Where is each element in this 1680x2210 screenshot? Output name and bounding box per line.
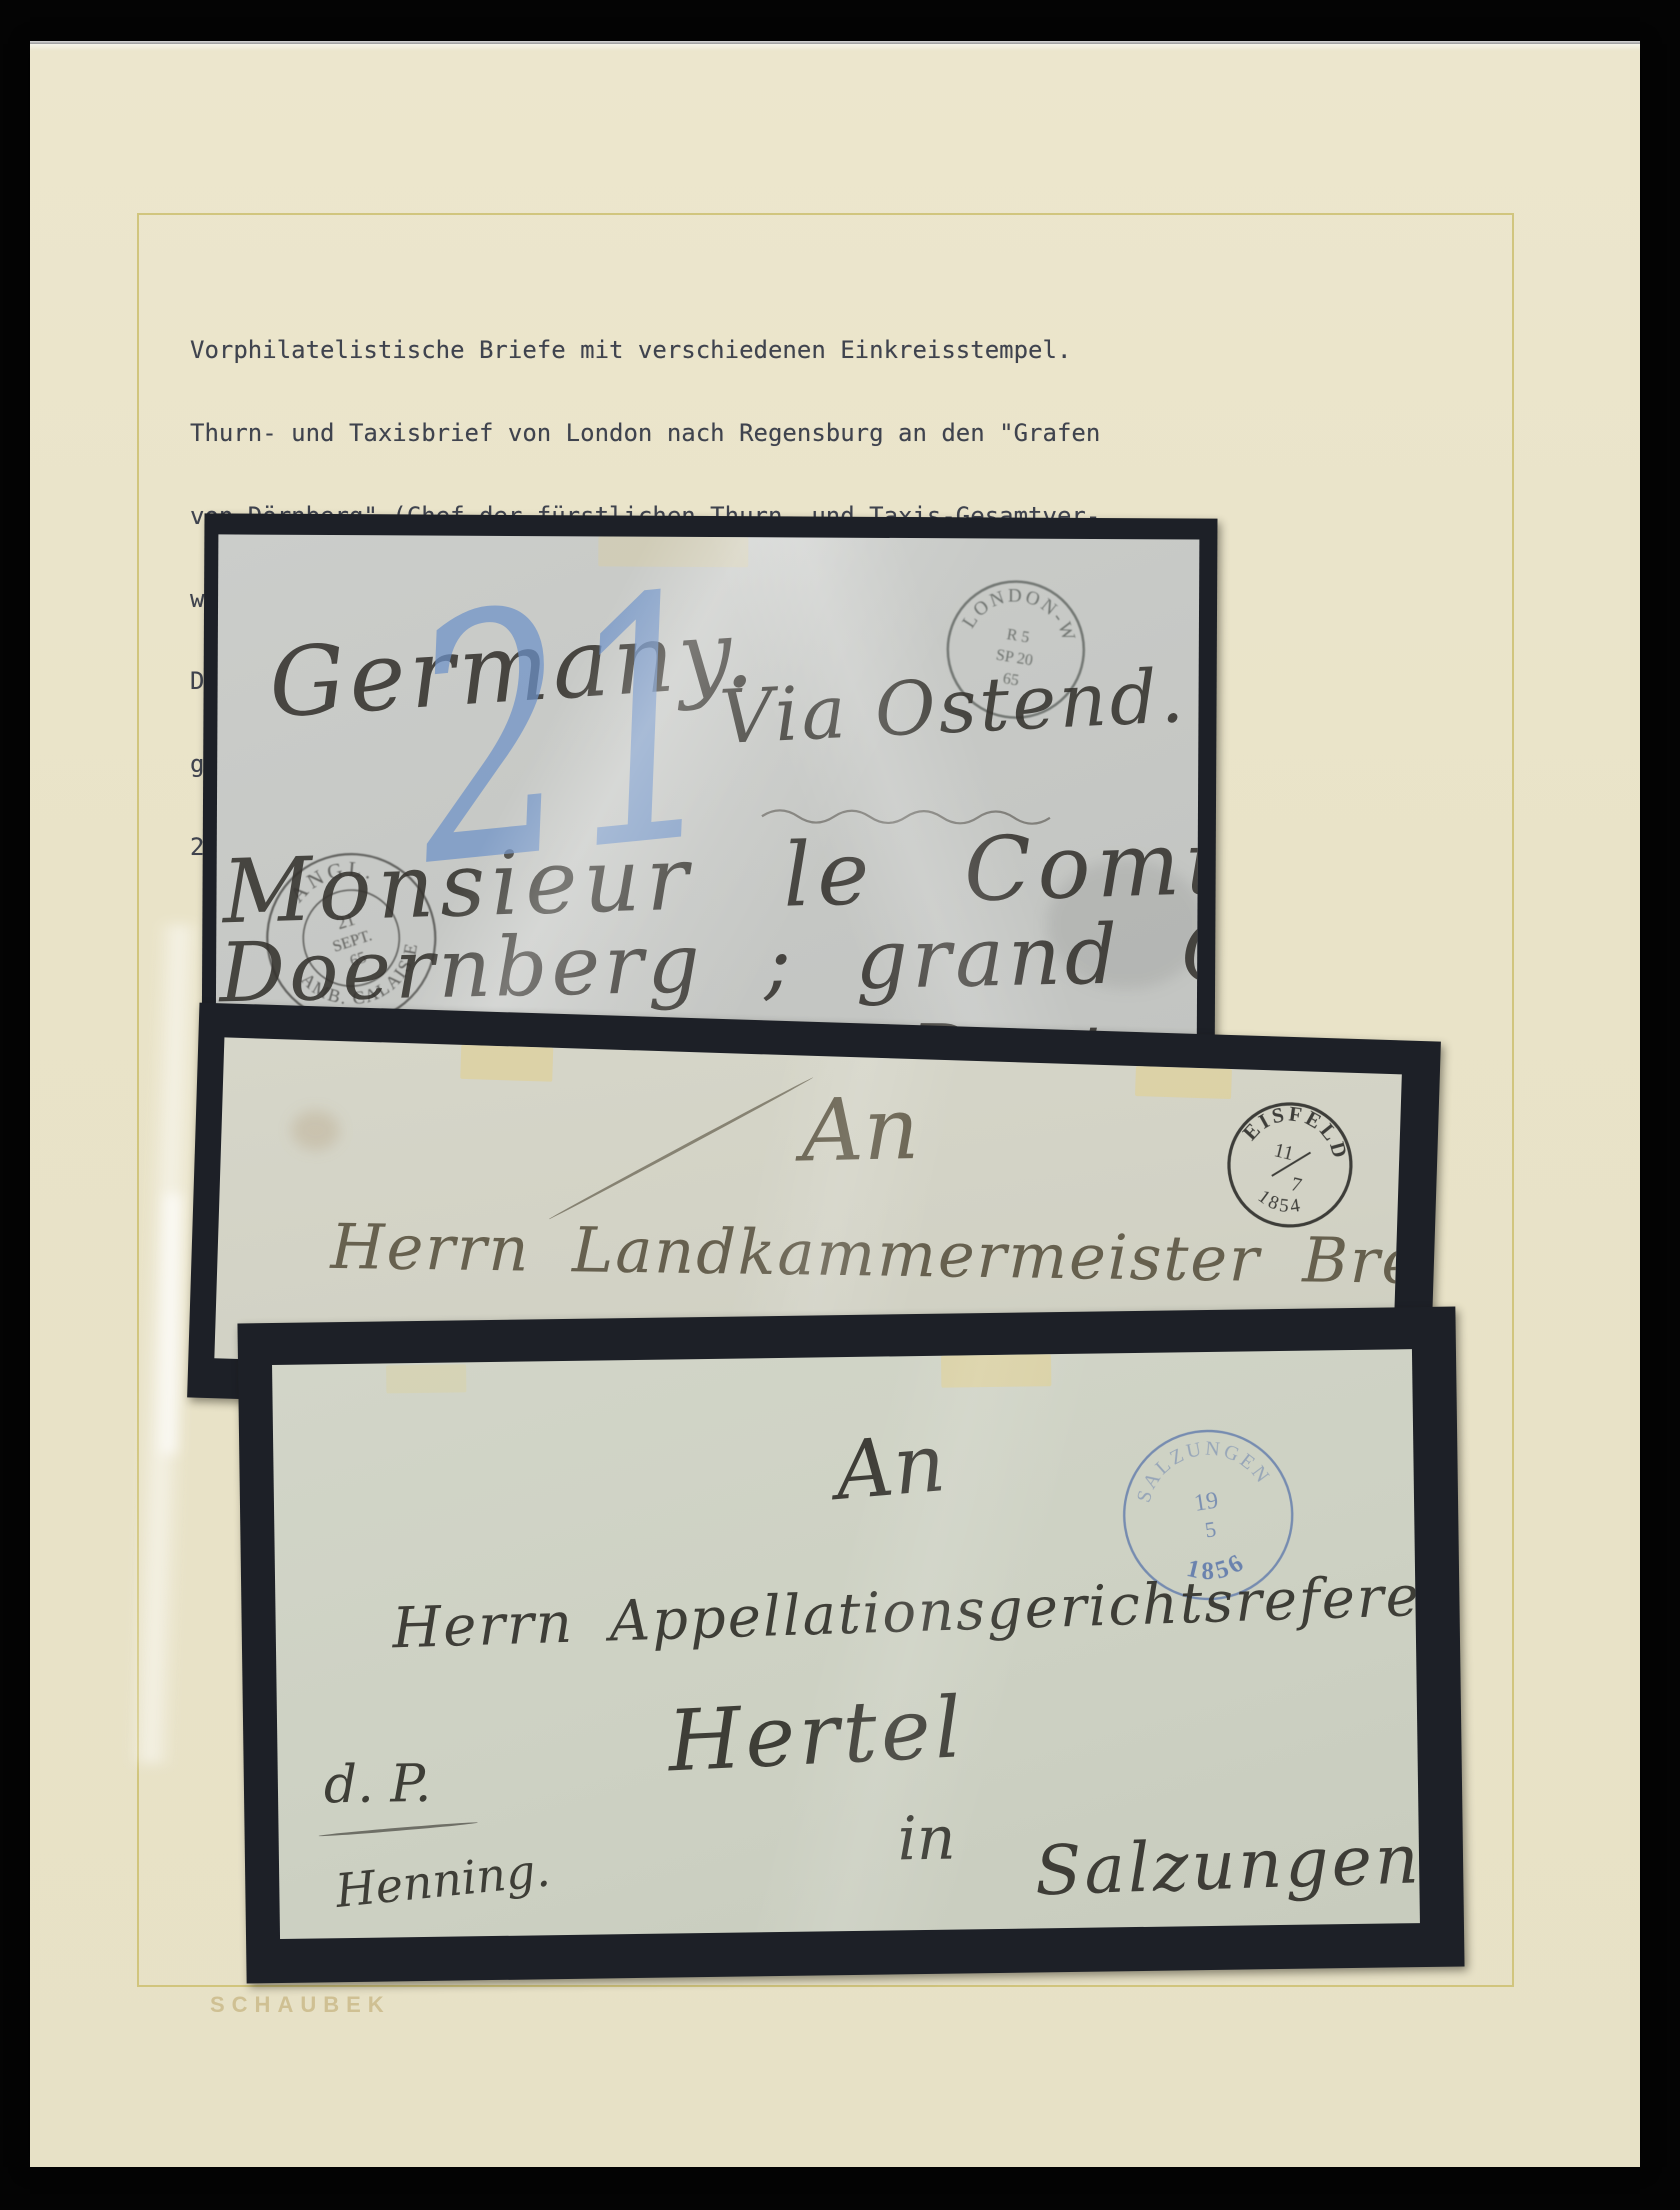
blue-cds-day: 19	[1192, 1487, 1220, 1516]
blue-cds-month: 5	[1203, 1516, 1218, 1542]
svg-text:1854: 1854	[1252, 1184, 1309, 1222]
album-brand-watermark: SCHAUBEK	[210, 1992, 391, 2018]
eisfeld-cds-year: 1854	[1252, 1184, 1309, 1222]
eisfeld-cds-arc-text: EISFELD	[1235, 1089, 1363, 1168]
cover1-paper: LONDON-W R 5 SP 20 65	[216, 534, 1200, 1069]
hw-salutation: An	[832, 1416, 949, 1518]
svg-text:EISFELD: EISFELD	[1235, 1089, 1363, 1168]
typed-line-1: Vorphilatelistische Briefe mit verschied…	[190, 337, 1129, 365]
salutation-flourish-stroke	[548, 1076, 814, 1220]
hw-addressee-line3: in	[897, 1804, 956, 1875]
hw-addressee-line2: Hertel	[666, 1678, 968, 1790]
london-cds-line1: R 5	[1005, 626, 1030, 646]
hw-signature: Henning.	[333, 1843, 552, 1918]
tape-piece	[460, 1045, 553, 1082]
tape-piece	[386, 1364, 466, 1393]
eisfeld-cds-day: 11	[1272, 1139, 1296, 1165]
typed-line-2: Thurn- und Taxisbrief von London nach Re…	[190, 420, 1129, 448]
hw-salutation: An	[800, 1079, 920, 1181]
scanned-album-page-photo: Vorphilatelistische Briefe mit verschied…	[0, 0, 1680, 2210]
hw-sender-note: d. P.	[323, 1754, 431, 1815]
tape-piece	[941, 1354, 1051, 1388]
hw-route: Via Ostend.	[718, 653, 1189, 761]
eisfeld-cds-month: 7	[1289, 1173, 1304, 1197]
postmark-eisfeld-cds: EISFELD 11 7 1854	[1213, 1088, 1368, 1243]
hw-addressee: Herrn Landkammermeister Brennemann	[330, 1210, 1402, 1302]
album-page: Vorphilatelistische Briefe mit verschied…	[30, 44, 1640, 2167]
foxing-spot	[291, 1110, 340, 1151]
sender-note-underline	[318, 1821, 478, 1837]
hw-addressee-line4: Salzungen.	[1034, 1820, 1420, 1912]
cover-salzungen-1856: SALZUNGEN 19 5 1856 An Herrn Appellation…	[237, 1307, 1464, 1984]
blue-crayon-rate: 21	[396, 534, 740, 941]
cover3-paper: SALZUNGEN 19 5 1856 An Herrn Appellation…	[272, 1349, 1420, 1939]
hw-addressee-line1: Herrn Appellationsgerichtsreferendair	[391, 1559, 1420, 1661]
